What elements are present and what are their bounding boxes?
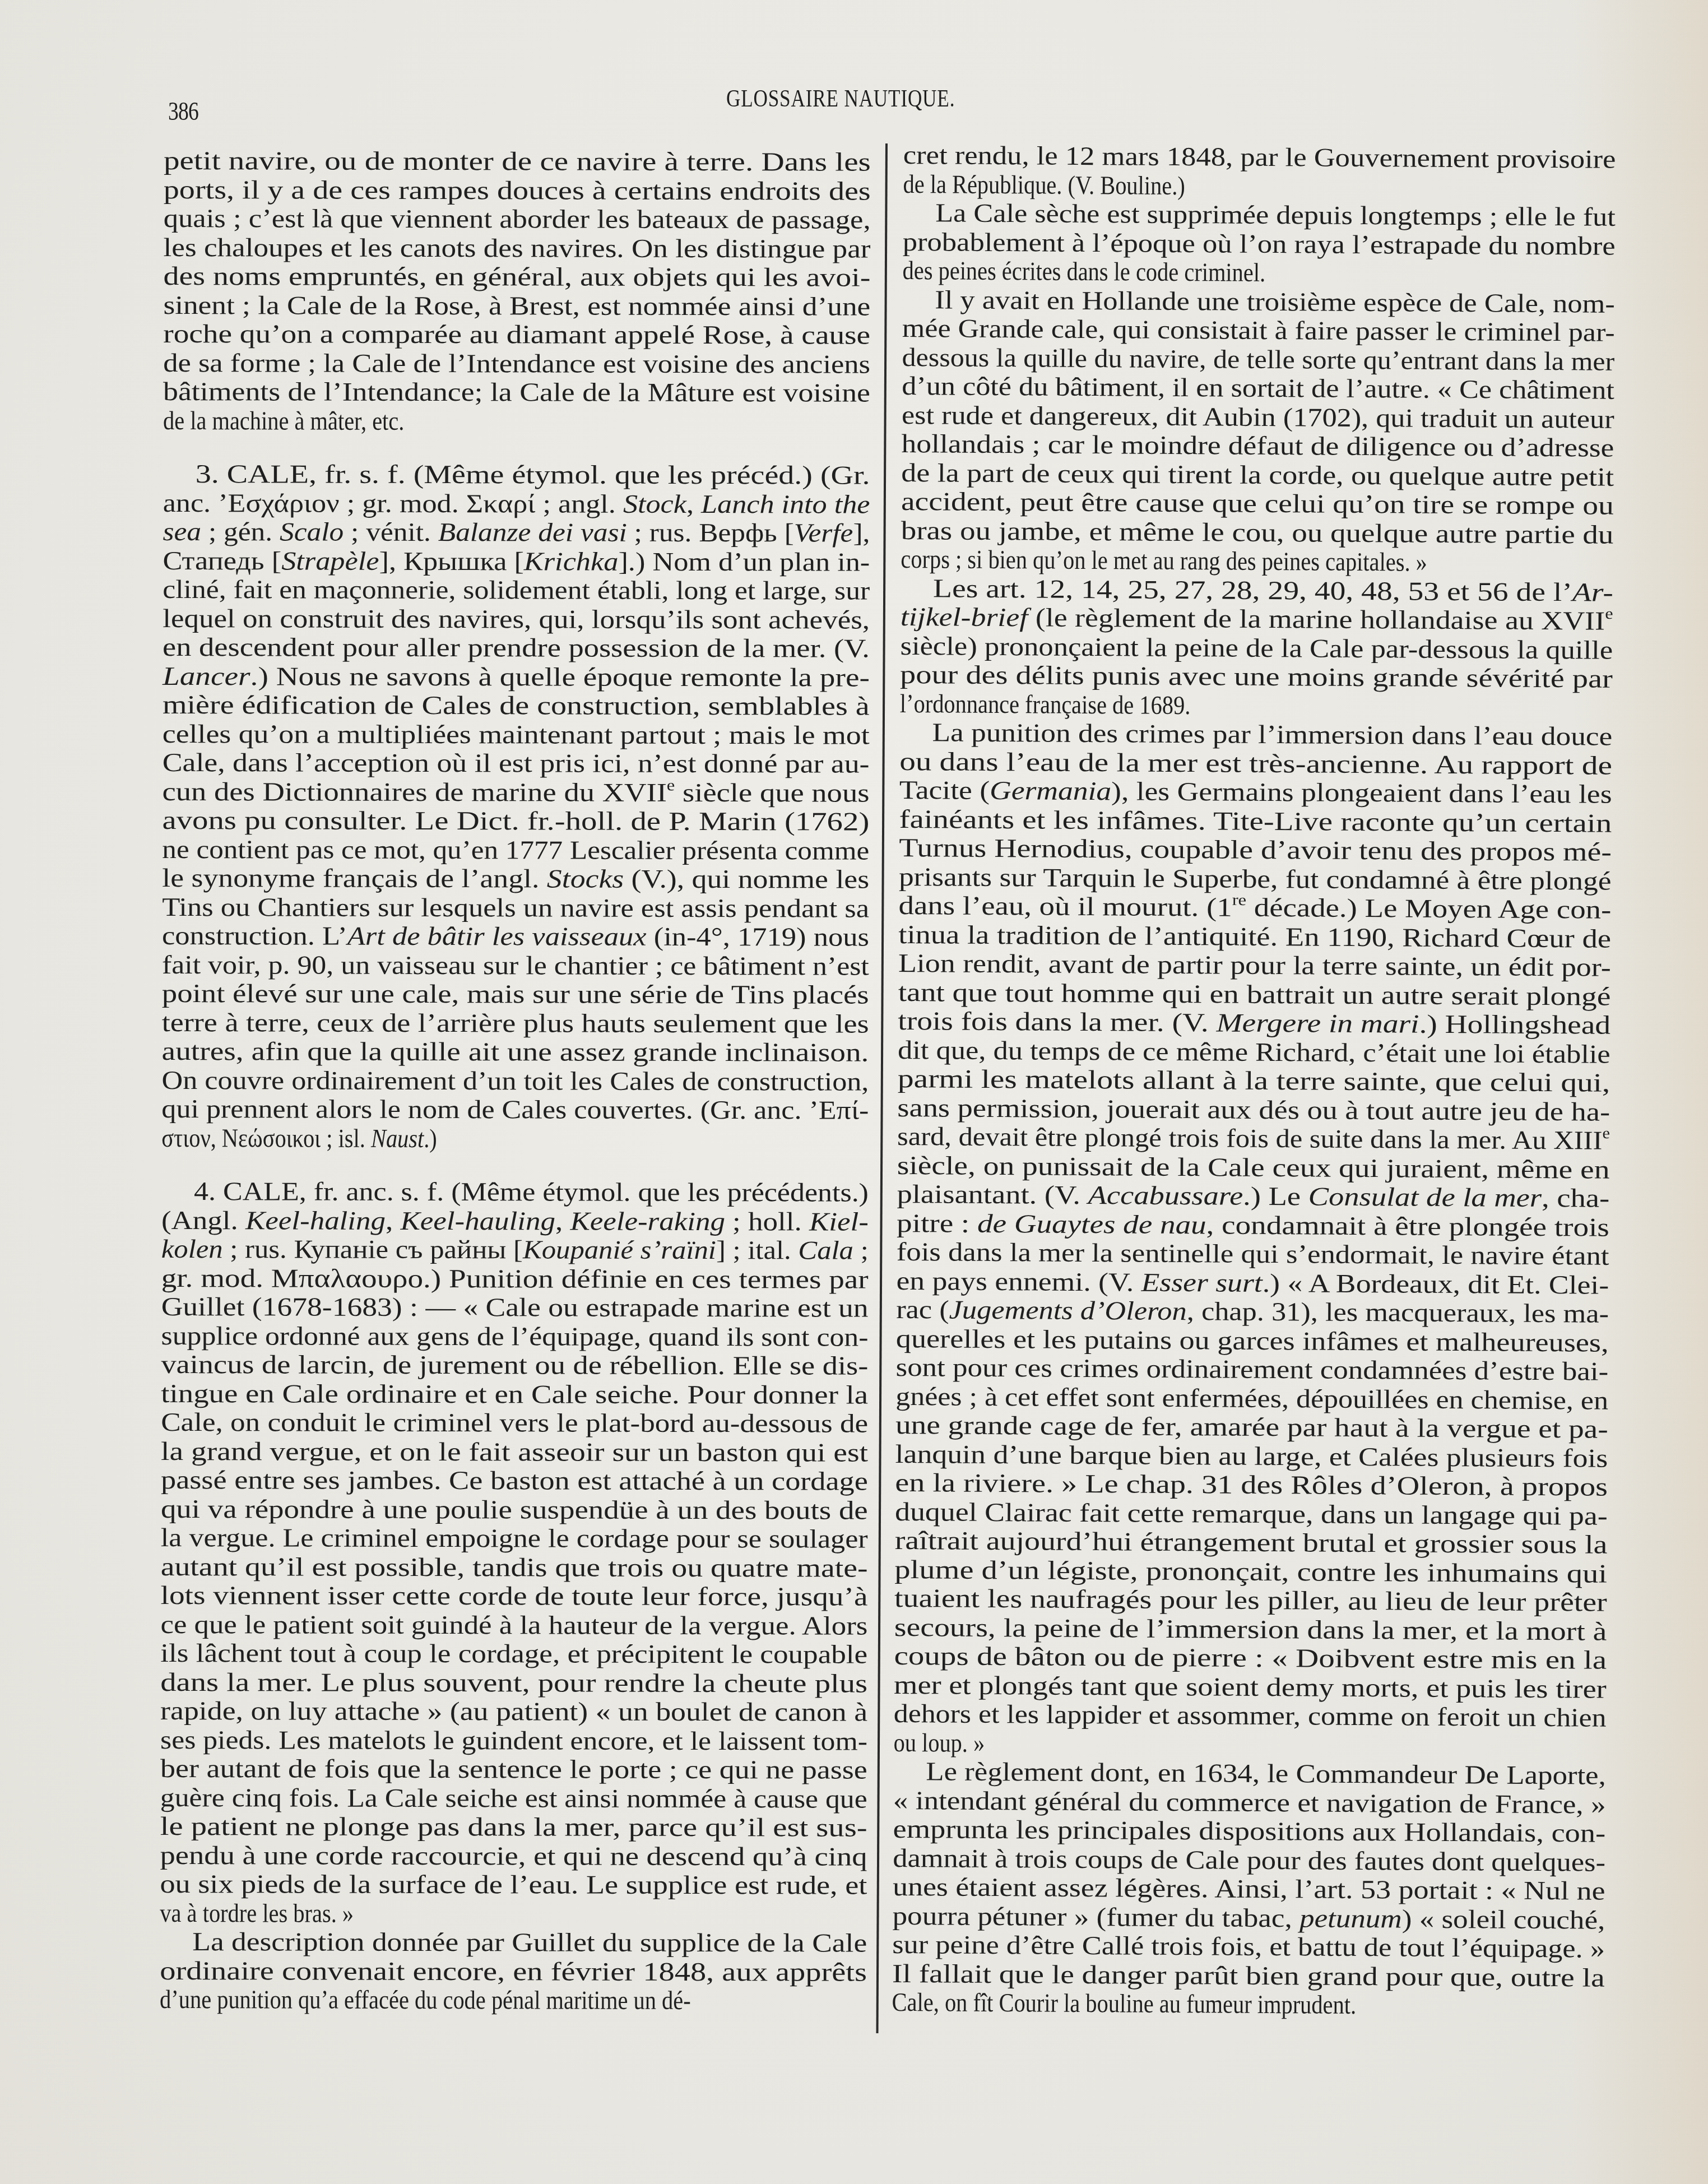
text-line: vaincus de larcin, de jurement ou de réb… <box>161 1351 868 1381</box>
text-line: passé entre ses jambes. Ce baston est at… <box>161 1466 868 1496</box>
text-line: Lion rendit, avant de partir pour la ter… <box>898 949 1611 982</box>
right-column: cret rendu, le 12 mars 1848, par le Gouv… <box>892 141 1616 2021</box>
text-line: pitre : de Guaytes de nau, condamnait à … <box>897 1209 1609 1242</box>
text-line: terre à terre, ceux de l’arrière plus ha… <box>162 1008 869 1038</box>
text-line: ordinaire convenait encore, en février 1… <box>160 1956 867 1987</box>
text-line: avons pu consulter. Le Dict. fr.-holl. d… <box>162 806 869 837</box>
text-line: ports, il y a de ces rampes douces à cer… <box>164 175 871 206</box>
left-column: petit navire, ou de monter de ce navire … <box>160 147 871 2016</box>
text-line: unes étaient assez légères. Ainsi, l’art… <box>893 1873 1605 1906</box>
paragraph: Le règlement dont, en 1634, le Commandeu… <box>892 1758 1607 2021</box>
text-line: en pays ennemi. (V. Esser surt.) « A Bor… <box>896 1267 1609 1300</box>
text-line: le synonyme français de l’angl. Stocks (… <box>162 864 869 894</box>
running-title: GLOSSAIRE NAUTIQUE. <box>726 84 955 113</box>
text-line: d’une punition qu’a effacée du code péna… <box>160 1986 867 2016</box>
paragraph: petit navire, ou de monter de ce navire … <box>163 147 871 437</box>
text-line: pour des délits punis avec une moins gra… <box>900 661 1613 694</box>
text-line: le patient ne plonge pas dans la mer, pa… <box>160 1812 867 1843</box>
text-line: prisants sur Tarquin le Superbe, fut con… <box>899 863 1612 896</box>
text-line: une grande cage de fer, amarée par haut … <box>895 1411 1608 1444</box>
entry-spacer <box>161 1153 869 1179</box>
text-line: Tacite (Germania), les Germains plongeai… <box>899 776 1612 809</box>
text-line: parmi les matelots allant à la terre sai… <box>898 1065 1610 1098</box>
text-line: gnées ; à cet effet sont enfermées, dépo… <box>895 1382 1608 1415</box>
text-line: mer et plongés tant que soient demy mort… <box>894 1671 1607 1704</box>
text-line: plume d’un légiste, prononçait, contre l… <box>894 1555 1607 1588</box>
text-line: pendu à une corde raccourcie, et qui ne … <box>160 1841 867 1871</box>
text-line: 4. CALE, fr. anc. s. f. (Même étymol. qu… <box>161 1177 869 1208</box>
text-line: Tins ou Chantiers sur lesquels un navire… <box>162 893 869 923</box>
text-line: raîtrait aujourd’hui étrangement brutal … <box>895 1527 1608 1560</box>
text-line: Cale, on fît Courir la bouline au fumeur… <box>892 1988 1605 2021</box>
text-line: ce que le patient soit guindé à la haute… <box>160 1610 867 1640</box>
text-line: Cale, dans l’acception où il est pris ic… <box>163 749 870 779</box>
text-line: La punition des crimes par l’immersion d… <box>899 718 1612 752</box>
text-line: des peines écrites dans le code criminel… <box>902 257 1615 290</box>
text-line: mière édification de Cales de constructi… <box>163 691 870 721</box>
text-line: Стапедь [Strapèle], Крышка [Krichka].) N… <box>163 546 870 577</box>
text-line: tinua la tradition de l’antiquité. En 11… <box>898 920 1611 953</box>
text-line: coups de bâton ou de pierre : « Doibvent… <box>894 1642 1607 1675</box>
text-line: Il fallait que le danger parût bien gran… <box>892 1959 1605 1992</box>
text-line: Lancer.) Nous ne savons à quelle époque … <box>163 662 870 692</box>
text-line: guère cinq fois. La Cale seiche est ains… <box>160 1783 867 1814</box>
glossary-entry: 3. CALE, fr. s. f. (Même étymol. que les… <box>161 460 870 1154</box>
text-line: tijkel-brief (le règlement de la marine … <box>901 603 1613 636</box>
text-line: sea ; gén. Scalo ; vénit. Balanze dei va… <box>163 518 870 548</box>
text-line: « intendant général du commerce et navig… <box>893 1786 1606 1819</box>
text-line: rapide, on luy attache » (au patient) « … <box>160 1697 867 1727</box>
glossary-entry: 4. CALE, fr. anc. s. f. (Même étymol. qu… <box>160 1177 869 1930</box>
text-line: ou loup. » <box>893 1728 1606 1761</box>
text-line: la vergue. Le criminel empoigne le corda… <box>161 1524 868 1554</box>
text-line: bâtiments de l’Intendance; la Cale de la… <box>163 378 870 408</box>
text-line: fainéants et les infâmes. Tite-Live raco… <box>899 805 1612 838</box>
text-line: tuaient les naufragés pour les piller, a… <box>894 1584 1607 1617</box>
column-divider-rule <box>876 143 888 2033</box>
text-line: Les art. 12, 14, 25, 27, 28, 29, 40, 48,… <box>901 574 1613 607</box>
text-line: les chaloupes et les canots des navires.… <box>164 233 871 263</box>
text-line: la grand vergue, et on le fait asseoir s… <box>161 1437 868 1467</box>
paragraph: La punition des crimes par l’immersion d… <box>893 718 1612 1762</box>
text-line: siècle) prononçaient la peine de la Cale… <box>900 632 1613 665</box>
text-line: duquel Clairac fait cette remarque, dans… <box>895 1497 1608 1531</box>
text-line: ses pieds. Les matelots le guindent enco… <box>160 1726 867 1756</box>
text-line: d’un côté du bâtiment, il en sortait de … <box>902 372 1614 405</box>
text-line: emprunta les principales dispositions au… <box>893 1815 1605 1848</box>
text-line: querelles et les putains ou garces infâm… <box>896 1324 1609 1357</box>
text-line: (Angl. Keel-haling, Keel-hauling, Keele-… <box>161 1206 869 1236</box>
paragraph: Il y avait en Hollande une troisième esp… <box>901 285 1615 578</box>
text-line: tingue en Cale ordinaire et en Cale seic… <box>161 1379 868 1409</box>
text-line: en la riviere. » Le chap. 31 des Rôles d… <box>895 1469 1608 1502</box>
text-line: 3. CALE, fr. s. f. (Même étymol. que les… <box>163 460 870 490</box>
text-line: siècle, on punissait de la Cale ceux qui… <box>897 1151 1610 1184</box>
text-line: hollandais ; car le moindre défaut de di… <box>902 430 1614 463</box>
text-line: sont pour ces crimes ordinairement conda… <box>895 1353 1608 1387</box>
text-line: Cale, on conduit le criminel vers le pla… <box>161 1408 868 1439</box>
text-line: tant que tout homme qui en battrait un a… <box>898 978 1611 1011</box>
text-line: gr. mod. Μπαλαουρο.) Punition définie en… <box>161 1264 869 1294</box>
text-line: sans permission, jouerait aux dés ou à t… <box>897 1093 1610 1126</box>
paragraph: cret rendu, le 12 mars 1848, par le Gouv… <box>903 141 1616 203</box>
text-line: dessous la quille du navire, de telle so… <box>902 343 1614 376</box>
text-line: cliné, fait en maçonnerie, solidement ét… <box>163 576 870 606</box>
text-line: ou dans l’eau de la mer est très-ancienn… <box>899 747 1612 780</box>
text-line: autres, afin que la quille ait une assez… <box>162 1037 869 1068</box>
text-line: de la part de ceux qui tirent la corde, … <box>901 458 1614 491</box>
text-line: accident, peut être cause que celui qu’o… <box>901 488 1614 521</box>
text-line: est rude et dangereux, dit Aubin (1702),… <box>902 401 1614 434</box>
text-line: celles qu’on a multipliées maintenant pa… <box>163 720 870 750</box>
text-line: kolen ; rus. Купаніе съ райны [Koupanié … <box>161 1235 869 1265</box>
text-line: lots viennent isser cette corde de toute… <box>161 1582 868 1612</box>
text-line: trois fois dans la mer. (V. Mergere in m… <box>898 1007 1610 1040</box>
text-line: l’ordonnance française de 1689. <box>900 689 1613 722</box>
text-line: Guillet (1678-1683) : — « Cale ou estrap… <box>161 1293 869 1323</box>
text-line: La Cale sèche est supprimée depuis longt… <box>903 199 1616 232</box>
page-number: 386 <box>168 96 198 126</box>
text-line: sinent ; la Cale de la Rose, à Brest, es… <box>163 291 870 321</box>
text-line: va à tordre les bras. » <box>160 1899 867 1929</box>
text-line: supplice ordonné aux gens de l’équipage,… <box>161 1321 869 1352</box>
text-line: Il y avait en Hollande une troisième esp… <box>902 285 1615 318</box>
paragraph: La Cale sèche est supprimée depuis longt… <box>902 199 1616 290</box>
text-line: dit que, du temps de ce même Richard, c’… <box>898 1036 1610 1069</box>
text-line: cret rendu, le 12 mars 1848, par le Gouv… <box>903 141 1616 174</box>
text-line: La description donnée par Guillet du sup… <box>160 1928 867 1958</box>
text-line: bras ou jambe, et même le cou, ou quelqu… <box>901 516 1614 549</box>
text-line: fait voir, p. 90, un vaisseau sur le cha… <box>162 950 869 981</box>
text-line: ber autant de fois que la sentence le po… <box>160 1755 867 1785</box>
text-line: corps ; si bien qu’on le met au rang des… <box>901 545 1613 578</box>
text-line: sard, devait être plongé trois fois de s… <box>897 1123 1610 1156</box>
text-line: Turnus Hernodius, coupable d’avoir tenu … <box>899 834 1612 867</box>
text-line: qui va répondre à une poulie suspendüe à… <box>161 1495 868 1525</box>
text-line: pourra pétuner » (fumer du tabac, petunu… <box>892 1902 1605 1935</box>
text-line: dans la mer. Le plus souvent, pour rendr… <box>160 1668 867 1698</box>
text-line: mée Grande cale, qui consistait à faire … <box>902 314 1615 347</box>
text-line: ou six pieds de la surface de l’eau. Le … <box>160 1870 867 1900</box>
text-line: en descendent pour aller prendre possess… <box>163 633 870 664</box>
text-line: ne contient pas ce mot, qu’en 1777 Lesca… <box>162 835 869 865</box>
text-line: quais ; c’est là que viennent aborder le… <box>164 205 871 235</box>
entry-spacer <box>163 435 870 462</box>
text-line: probablement à l’époque où l’on raya l’e… <box>903 228 1616 261</box>
scanned-page: 386 GLOSSAIRE NAUTIQUE. petit navire, ou… <box>0 0 1708 2184</box>
text-line: anc. ’Εσχάριον ; gr. mod. Σκαρί ; angl. … <box>163 489 870 519</box>
paragraph: La description donnée par Guillet du sup… <box>160 1928 867 2016</box>
paragraph: Les art. 12, 14, 25, 27, 28, 29, 40, 48,… <box>900 574 1614 722</box>
text-line: construction. L’Art de bâtir les vaissea… <box>162 922 869 952</box>
text-line: lanquin d’une barque bien au large, et C… <box>895 1440 1608 1473</box>
text-line: de la machine à mâter, etc. <box>163 406 870 437</box>
text-line: des noms empruntés, en général, aux obje… <box>163 262 870 293</box>
text-line: qui prennent alors le nom de Cales couve… <box>161 1095 869 1125</box>
text-line: secours, la peine de l’immersion dans la… <box>894 1613 1607 1646</box>
text-line: de sa forme ; la Cale de l’Intendance es… <box>163 349 870 379</box>
text-line: dehors et les lappider et assommer, comm… <box>894 1700 1607 1733</box>
text-line: fois dans la mer la sentinelle qui s’end… <box>897 1238 1609 1271</box>
text-line: roche qu’on a comparée au diamant appelé… <box>163 320 870 350</box>
text-line: cun des Dictionnaires de marine du XVIIe… <box>163 777 870 808</box>
text-line: damnait à trois coups de Cale pour des f… <box>893 1844 1605 1877</box>
text-line: sur peine d’être Callé trois fois, et ba… <box>892 1931 1605 1964</box>
text-line: rac (Jugements d’Oleron, chap. 31), les … <box>896 1296 1609 1329</box>
text-line: dans l’eau, où il mourut. (1re décade.) … <box>899 892 1612 925</box>
text-line: ils lâchent tout à coup le cordage, et p… <box>160 1639 867 1670</box>
text-line: autant qu’il est possible, tandis que tr… <box>161 1552 868 1583</box>
text-line: petit navire, ou de monter de ce navire … <box>164 147 871 177</box>
text-line: plaisantant. (V. Accabussare.) Le Consul… <box>897 1180 1609 1213</box>
text-line: de la République. (V. Bouline.) <box>903 170 1616 203</box>
text-line: point élevé sur une cale, mais sur une s… <box>162 980 869 1010</box>
text-line: Le règlement dont, en 1634, le Commandeu… <box>893 1758 1606 1791</box>
text-line: On couvre ordinairement d’un toit les Ca… <box>161 1066 869 1096</box>
text-line: lequel on construit des navires, qui, lo… <box>163 604 870 634</box>
text-line: στιον, Νεώσοικοι ; isl. Naust.) <box>161 1124 869 1154</box>
